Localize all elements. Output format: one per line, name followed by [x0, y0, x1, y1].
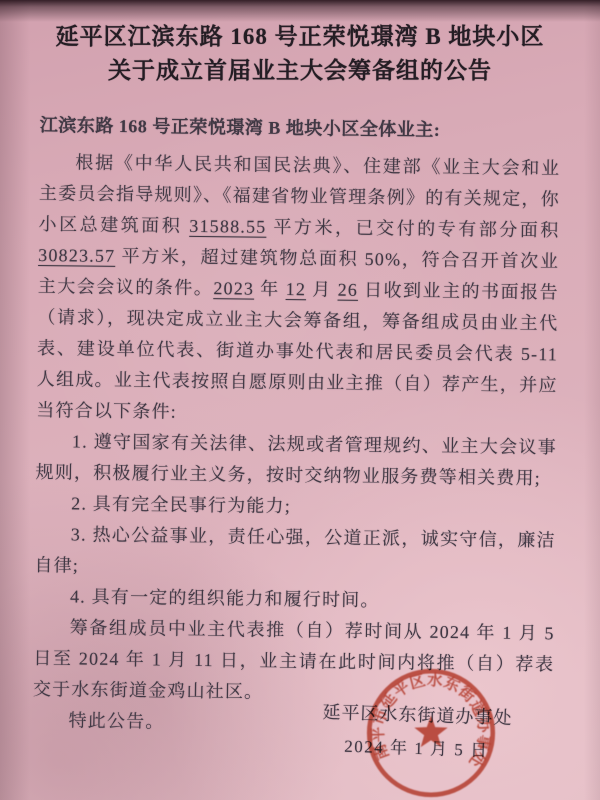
paragraph-text: 月: [306, 279, 338, 299]
paragraph-text: 3. 热心公益事业，责任心强，公道正派，诚实守信，廉洁自律;: [34, 524, 556, 575]
notice-title-line2: 关于成立首届业主大会筹备组的公告: [24, 54, 576, 88]
paragraph-text: 平方米，已交付的专有部分面积: [266, 217, 559, 241]
underlined-value: 26: [338, 280, 359, 300]
notice-paragraph: 根据《中华人民共和国民法典》、住建部《业主大会和业主委员会指导规则》、《福建省物…: [36, 147, 560, 432]
paragraph-text: 2. 具有完全民事行为能力;: [71, 493, 291, 516]
underlined-value: 31588.55: [189, 216, 266, 237]
paragraph-text: 日收到业主的书面报告（请求），现决定成立业主大会筹备组，筹备组成员由业主代表、建…: [36, 280, 559, 422]
underlined-value: 30823.57: [38, 245, 115, 266]
notice-paragraph: 1. 遵守国家有关法律、法规或者管理规约、业主大会议事规则，积极履行业主义务，按…: [35, 426, 557, 494]
notice-photo: { "colors": { "paper_pink": "#dcb0bb", "…: [0, 0, 600, 800]
notice-paragraph: 3. 热心公益事业，责任心强，公道正派，诚实守信，廉洁自律;: [34, 519, 556, 587]
notice-content: 江滨东路 168 号正荣悦璟湾 B 地块小区全体业主: 根据《中华人民共和国民法…: [32, 110, 561, 742]
paragraph-text: 特此公告。: [68, 710, 164, 731]
official-seal: 南平市延平区水东街道办事处: [361, 663, 501, 800]
notice-title-line1: 延平区江滨东路 168 号正荣悦璟湾 B 地块小区: [24, 20, 576, 54]
underlined-value: 2023: [213, 278, 254, 298]
paragraph-text: 年: [254, 279, 286, 299]
notice-body: 根据《中华人民共和国民法典》、住建部《业主大会和业主委员会指导规则》、《福建省物…: [32, 147, 560, 742]
notice-title: 延平区江滨东路 168 号正荣悦璟湾 B 地块小区 关于成立首届业主大会筹备组的…: [24, 20, 576, 88]
notice-salutation: 江滨东路 168 号正荣悦璟湾 B 地块小区全体业主:: [40, 110, 561, 147]
star-icon: [414, 716, 447, 748]
paragraph-text: 4. 具有一定的组织能力和履行时间。: [70, 586, 380, 610]
paragraph-text: 1. 遵守国家有关法律、法规或者管理规约、业主大会议事规则，积极履行业主义务，按…: [35, 431, 557, 488]
underlined-value: 12: [286, 279, 307, 299]
